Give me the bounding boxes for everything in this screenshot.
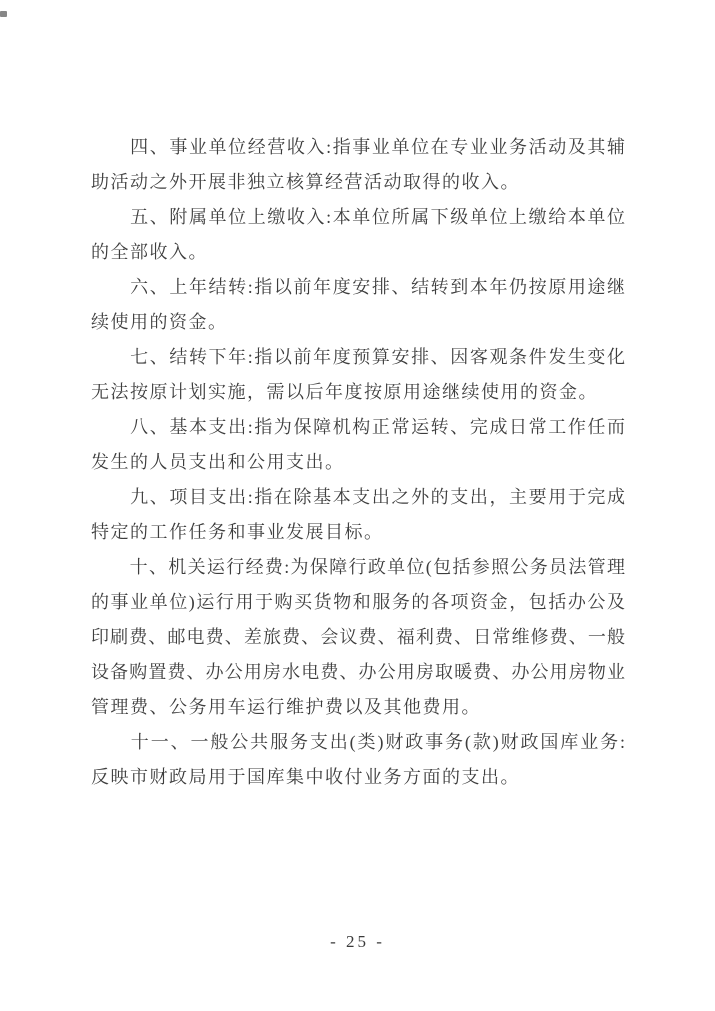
text-line: 六、上年结转:指以前年度安排、结转到本年仍按原用途继 (91, 270, 625, 305)
text-line: 管理费、公务用车运行维护费以及其他费用。 (91, 690, 625, 725)
scan-artifact (0, 11, 7, 17)
text-line: 特定的工作任务和事业发展目标。 (91, 515, 625, 550)
text-line: 五、附属单位上缴收入:本单位所属下级单位上缴给本单位 (91, 200, 625, 235)
text-line: 的事业单位)运行用于购买货物和服务的各项资金，包括办公及 (91, 585, 625, 620)
text-line: 反映市财政局用于国库集中收付业务方面的支出。 (91, 760, 625, 795)
text-line: 印刷费、邮电费、差旅费、会议费、福利费、日常维修费、一般 (91, 620, 625, 655)
text-line: 无法按原计划实施，需以后年度按原用途继续使用的资金。 (91, 375, 625, 410)
text-line: 发生的人员支出和公用支出。 (91, 445, 625, 480)
text-line: 的全部收入。 (91, 235, 625, 270)
text-line: 续使用的资金。 (91, 305, 625, 340)
text-line: 十一、一般公共服务支出(类)财政事务(款)财政国库业务: (91, 725, 625, 760)
page-number: - 25 - (0, 930, 715, 954)
text-line: 十、机关运行经费:为保障行政单位(包括参照公务员法管理 (91, 550, 625, 585)
text-line: 九、项目支出:指在除基本支出之外的支出，主要用于完成 (91, 480, 625, 515)
text-line: 设备购置费、办公用房水电费、办公用房取暖费、办公用房物业 (91, 655, 625, 690)
text-line: 助活动之外开展非独立核算经营活动取得的收入。 (91, 165, 625, 200)
text-line: 八、基本支出:指为保障机构正常运转、完成日常工作任而 (91, 410, 625, 445)
document-page: 四、事业单位经营收入:指事业单位在专业业务活动及其辅 助活动之外开展非独立核算经… (0, 0, 715, 1011)
text-line: 四、事业单位经营收入:指事业单位在专业业务活动及其辅 (91, 130, 625, 165)
document-body: 四、事业单位经营收入:指事业单位在专业业务活动及其辅 助活动之外开展非独立核算经… (91, 130, 625, 795)
text-line: 七、结转下年:指以前年度预算安排、因客观条件发生变化 (91, 340, 625, 375)
